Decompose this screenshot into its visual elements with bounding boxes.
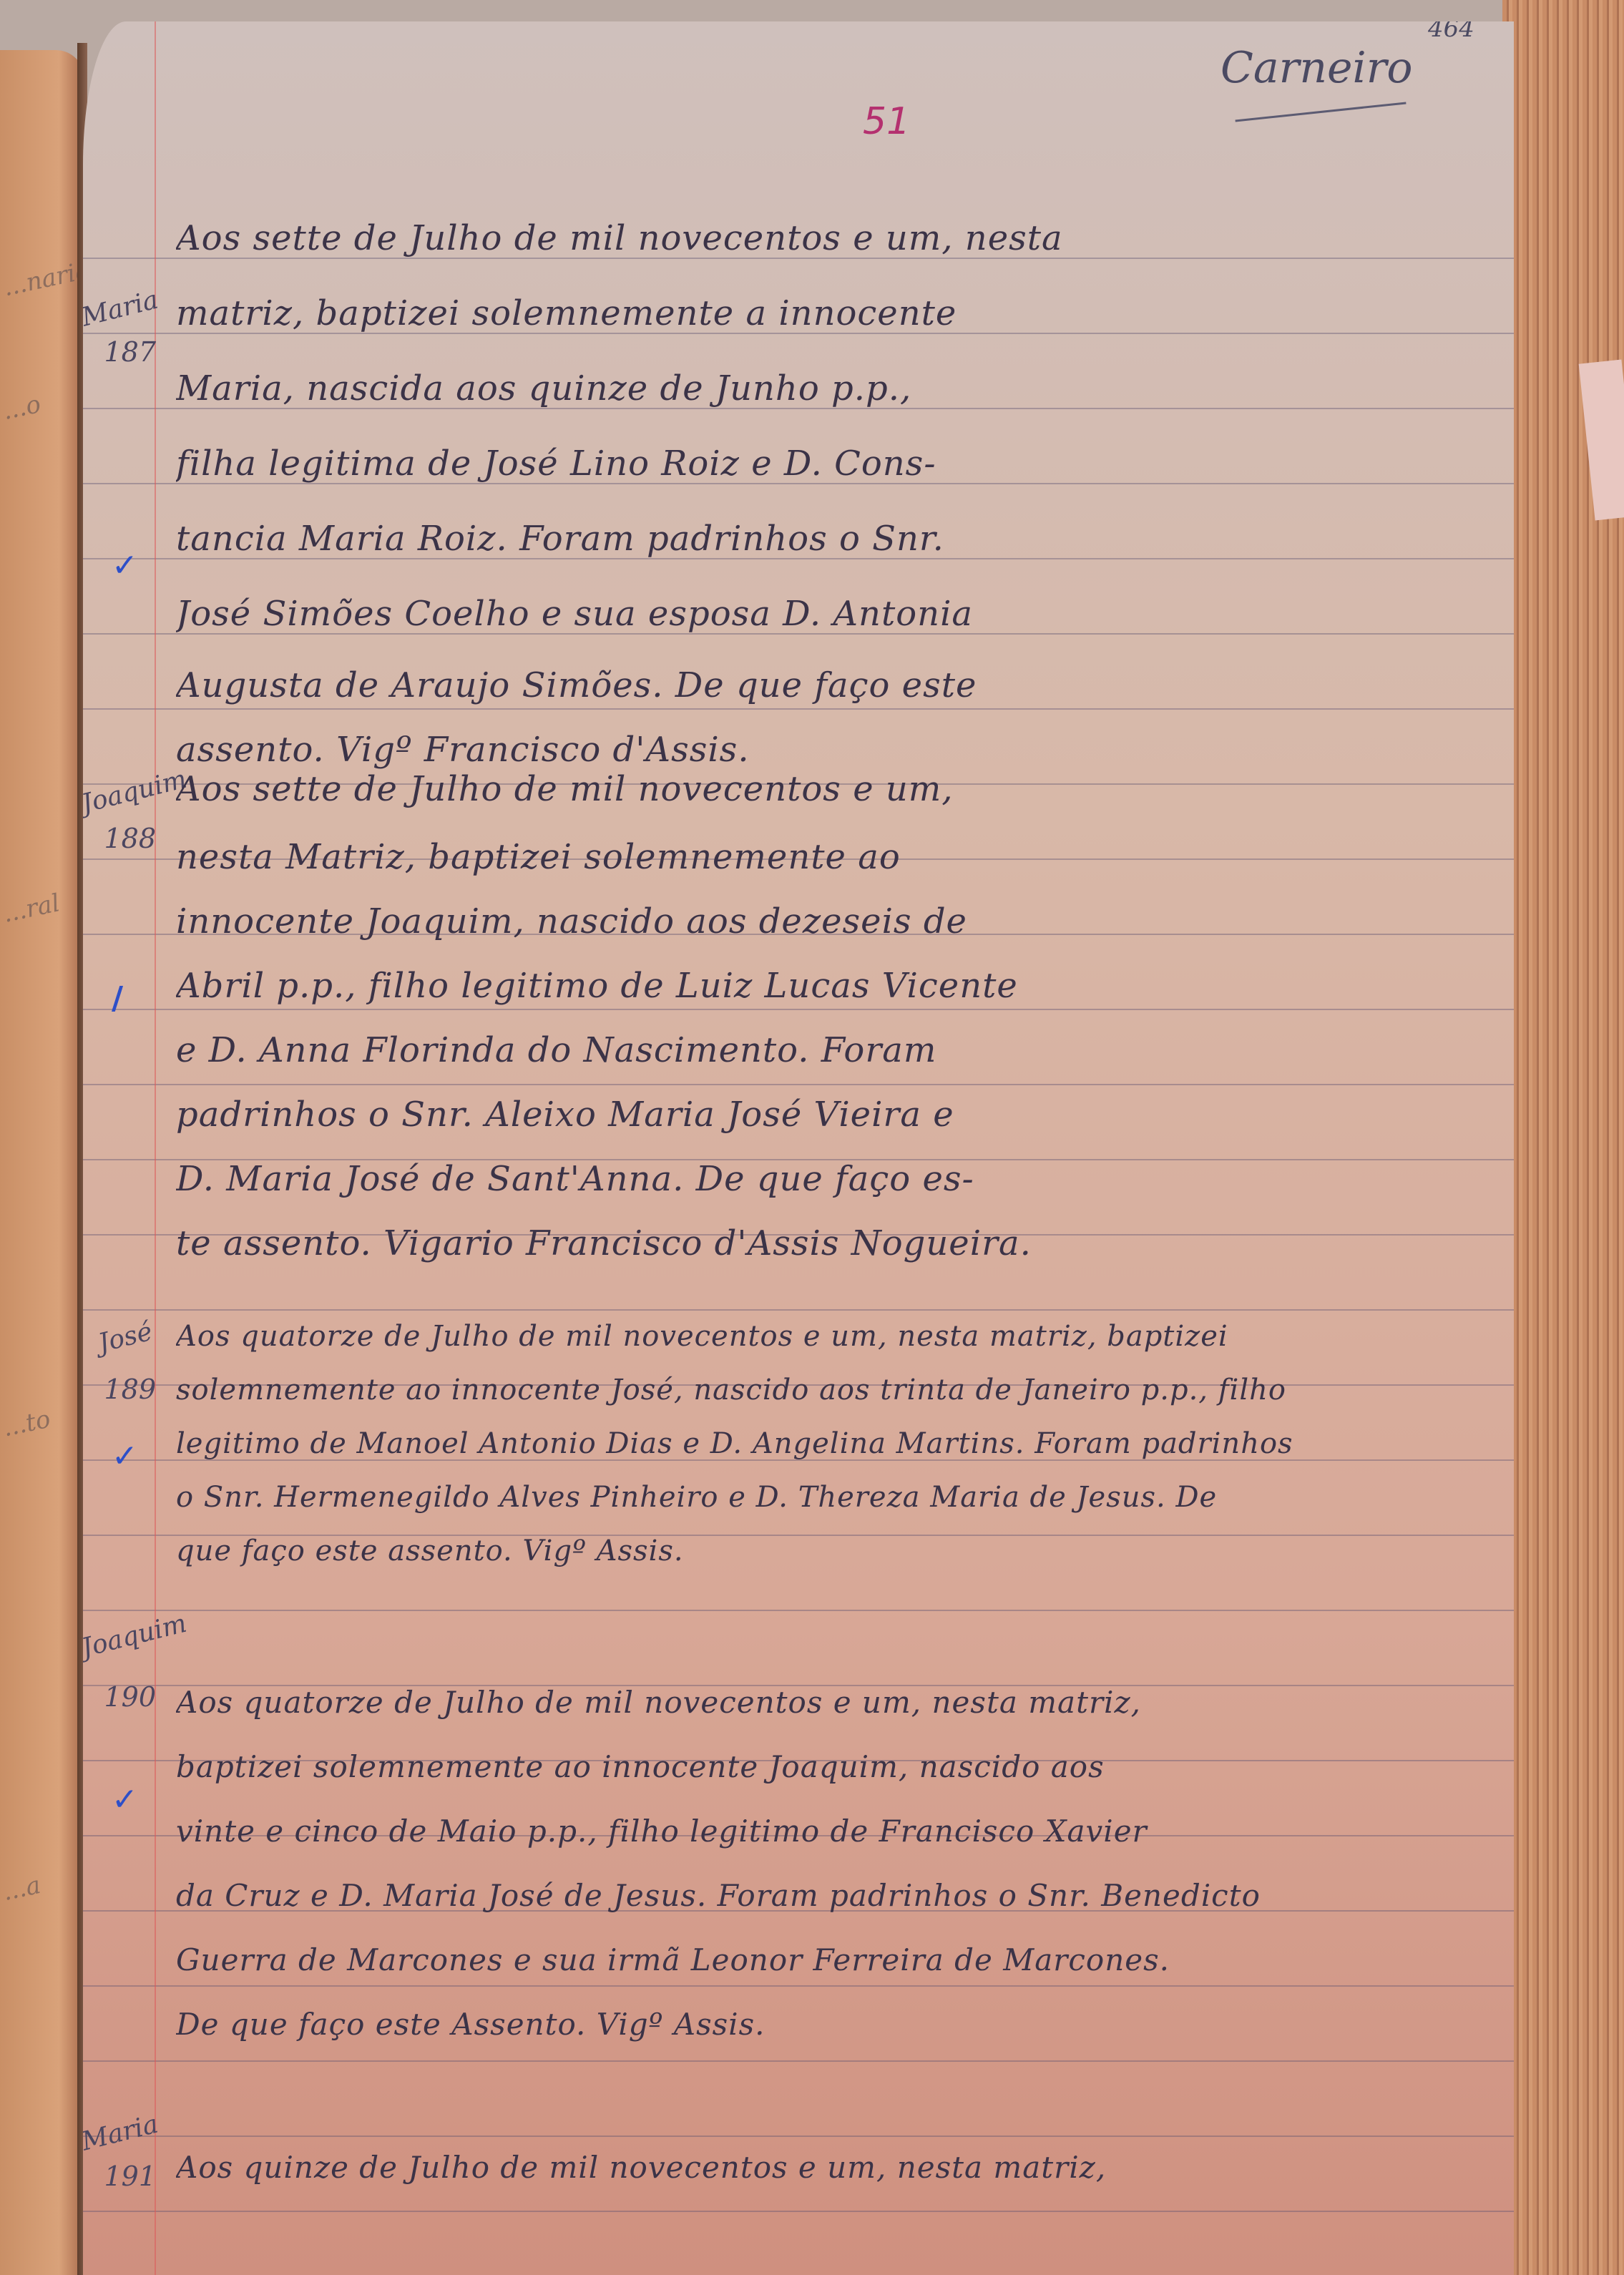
margin-baptized-name: Joaquim [83,773,155,819]
ruled-line [83,1309,1514,1311]
entry-line: legitimo de Manoel Antonio Dias e D. Ang… [176,1427,1514,1460]
margin-record-number: 190 [90,1681,156,1713]
entry-line: tancia Maria Roiz. Foram padrinhos o Snr… [176,519,1514,559]
surname-underline [1236,102,1407,122]
margin-record-number: 187 [90,336,156,368]
entry-line: vinte e cinco de Maio p.p., filho legiti… [176,1814,1514,1849]
ruled-line [83,2060,1514,2062]
entry-line: innocente Joaquim, nascido aos dezeseis … [176,901,1514,941]
entry-line: Aos quinze de Julho de mil novecentos e … [176,2150,1514,2185]
entry-line: e D. Anna Florinda do Nascimento. Foram [176,1030,1514,1070]
folio-number: 51 [863,100,910,143]
entry-line: baptizei solemnemente ao innocente Joaqu… [176,1749,1514,1784]
margin-baptized-name: José [83,1317,155,1363]
ruled-line [83,1084,1514,1085]
entry-line: Aos sette de Julho de mil novecentos e u… [176,218,1514,258]
page-stack-edges [1502,0,1624,2275]
left-page-fragment: ...naria [1,256,84,302]
check-mark-icon: ✓ [112,1438,138,1474]
left-page-edge: ...naria ...o ...ral ...to ...a [0,50,84,2275]
left-page-fragment: ...a [0,1871,43,1907]
entry-line: Maria, nascida aos quinze de Junho p.p., [176,368,1514,408]
ruled-line [83,1009,1514,1010]
ruled-line [83,1610,1514,1611]
entry-line: solemnemente ao innocente José, nascido … [176,1374,1514,1406]
check-mark-icon: ✓ [112,547,138,584]
check-mark-icon: ✓ [112,1781,138,1818]
entry-line: Abril p.p., filho legitimo de Luiz Lucas… [176,966,1514,1006]
entry-line: De que faço este Assento. Vigº Assis. [176,2007,1514,2042]
entry-line: Guerra de Marcones e sua irmã Leonor Fer… [176,1942,1514,1977]
entry-line: Augusta de Araujo Simões. De que faço es… [176,665,1514,705]
ruled-line [83,1985,1514,1987]
ruled-line [83,708,1514,710]
entry-line: Aos sette de Julho de mil novecentos e u… [176,769,1514,809]
ruled-line [83,2211,1514,2212]
margin-baptized-name: Maria [83,287,155,333]
entry-line: José Simões Coelho e sua esposa D. Anton… [176,594,1514,634]
margin-baptized-name: Maria [83,2111,155,2157]
left-page-fragment: ...ral [1,889,62,929]
entry-line: que faço este assento. Vigº Assis. [176,1535,1514,1567]
entry-line: o Snr. Hermenegildo Alves Pinheiro e D. … [176,1481,1514,1514]
ruled-line [83,2135,1514,2137]
margin-record-number: 188 [90,823,156,854]
entry-line: filha legitima de José Lino Roiz e D. Co… [176,444,1514,484]
archive-number: 464 [1428,21,1474,43]
entry-line: padrinhos o Snr. Aleixo Maria José Vieir… [176,1095,1514,1135]
register-page: 464 Carneiro 51 Maria 187 ✓ Aos sette de… [83,21,1514,2275]
left-page-fragment: ...o [0,390,43,426]
entry-line: da Cruz e D. Maria José de Jesus. Foram … [176,1878,1514,1913]
entry-line: Aos quatorze de Julho de mil novecentos … [176,1685,1514,1720]
margin-baptized-name: Joaquim [83,1618,155,1663]
entry-line: matriz, baptizei solemnemente a innocent… [176,293,1514,333]
entry-line: te assento. Vigario Francisco d'Assis No… [176,1223,1514,1263]
margin-record-number: 189 [90,1374,156,1405]
margin-record-number: 191 [90,2161,156,2192]
entry-line: D. Maria José de Sant'Anna. De que faço … [176,1159,1514,1199]
header-surname: Carneiro [1221,43,1413,93]
left-page-fragment: ...to [1,1405,53,1443]
check-mark-icon: / [112,980,123,1017]
entry-line: Aos quatorze de Julho de mil novecentos … [176,1320,1514,1353]
entry-line: nesta Matriz, baptizei solemnemente ao [176,837,1514,877]
entry-line: assento. Vigº Francisco d'Assis. [176,730,1514,770]
